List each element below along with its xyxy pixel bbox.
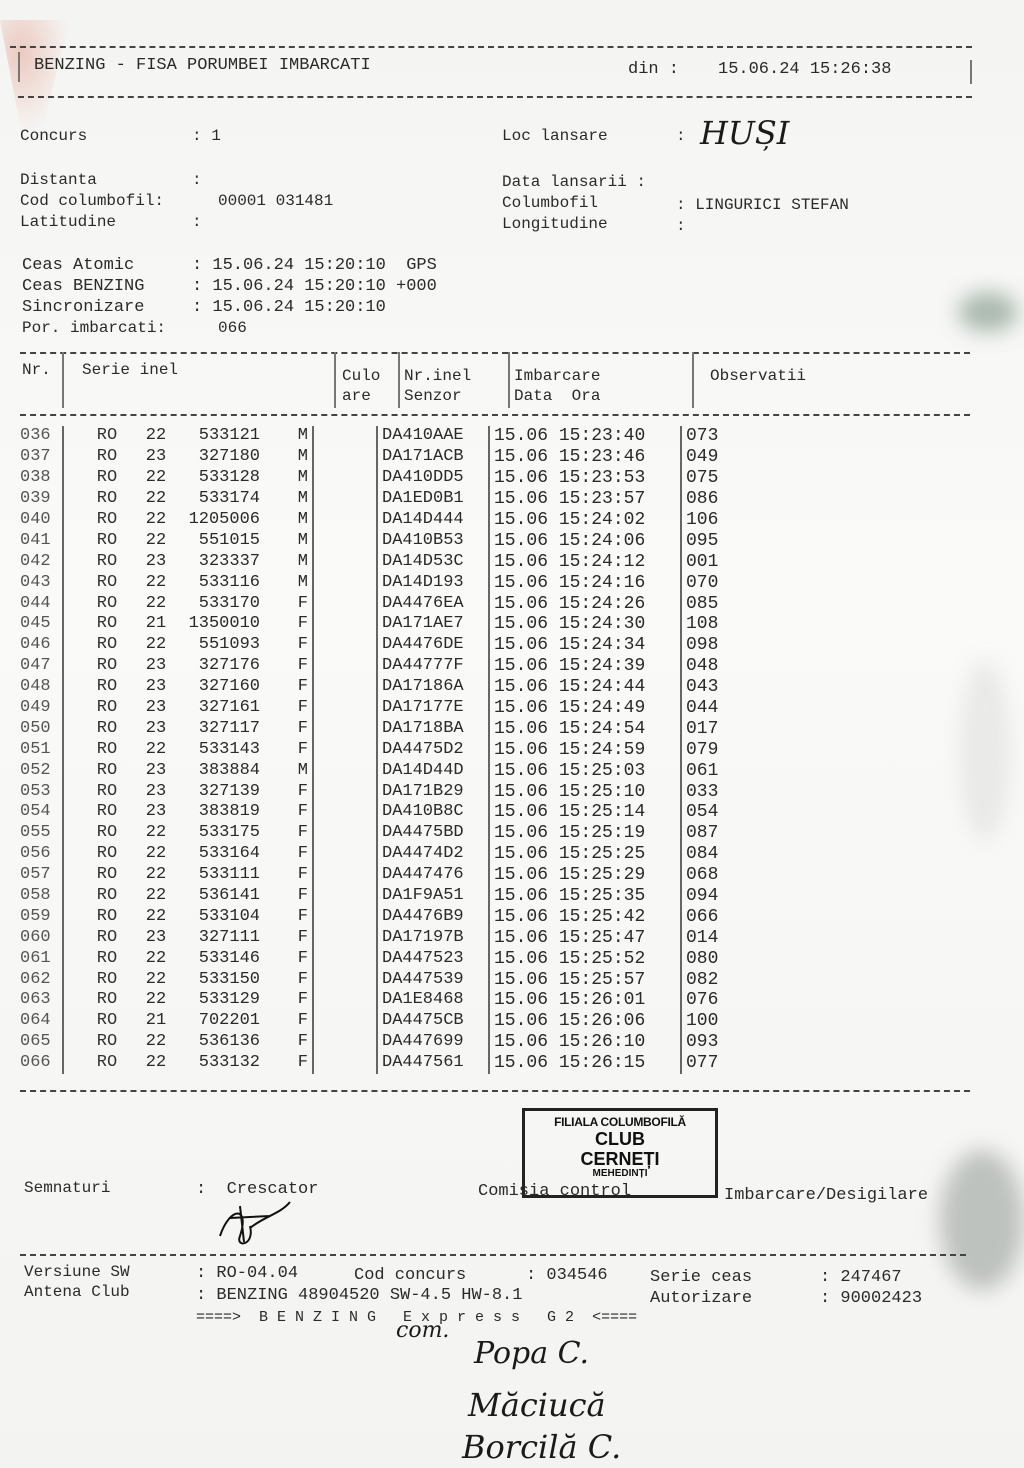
- divider: [18, 52, 20, 82]
- row-country: RO: [63, 844, 138, 865]
- col-header-culoare: Culo: [342, 366, 380, 386]
- row-sex: F: [260, 948, 313, 969]
- table-row: 045RO211350010FDA171AE715.06 15:24:30108: [20, 614, 718, 635]
- row-nr: 047: [20, 656, 63, 677]
- table-row: 063RO22533129FDA1E846815.06 15:26:01076: [20, 990, 718, 1011]
- row-sensor: DA4475D2: [377, 739, 489, 760]
- row-year: 23: [138, 551, 174, 572]
- row-nr: 058: [20, 886, 63, 907]
- divider: [10, 46, 972, 48]
- row-country: RO: [63, 865, 138, 886]
- row-nr: 049: [20, 698, 63, 719]
- row-observatii: 100: [681, 1011, 718, 1032]
- row-country: RO: [63, 489, 138, 510]
- row-country: RO: [63, 1011, 138, 1032]
- row-sex: F: [260, 969, 313, 990]
- row-sensor: DA171ACB: [377, 447, 489, 468]
- row-sensor: DA171B29: [377, 781, 489, 802]
- row-time: 15:23:57: [559, 489, 645, 509]
- row-nr: 065: [20, 1032, 63, 1053]
- row-sensor: DA447476: [377, 865, 489, 886]
- row-country: RO: [63, 468, 138, 489]
- col-header-culoare-2: are: [342, 386, 371, 406]
- row-time: 15:24:30: [559, 614, 645, 634]
- row-time: 15:24:06: [559, 531, 645, 551]
- row-date: 15.06: [494, 552, 548, 572]
- row-ring-number: 533175: [174, 823, 260, 844]
- row-sensor: DA4476B9: [377, 906, 489, 927]
- row-datetime: 15.06 15:25:29: [489, 865, 681, 886]
- row-date: 15.06: [494, 468, 548, 488]
- row-date: 15.06: [494, 740, 548, 760]
- row-nr: 066: [20, 1053, 63, 1074]
- por-imbarcati-value: 066: [218, 318, 247, 338]
- row-time: 15:26:15: [559, 1053, 645, 1073]
- row-ring-number: 327161: [174, 698, 260, 719]
- row-observatii: 043: [681, 677, 718, 698]
- row-nr: 055: [20, 823, 63, 844]
- row-color: [313, 551, 377, 572]
- row-country: RO: [63, 948, 138, 969]
- row-date: 15.06: [494, 489, 548, 509]
- row-date: 15.06: [494, 928, 548, 948]
- row-year: 22: [138, 635, 174, 656]
- row-color: [313, 1032, 377, 1053]
- row-sex: F: [260, 906, 313, 927]
- row-country: RO: [63, 656, 138, 677]
- row-year: 23: [138, 677, 174, 698]
- row-observatii: 077: [681, 1053, 718, 1074]
- row-date: 15.06: [494, 949, 548, 969]
- row-ring-number: 533174: [174, 489, 260, 510]
- row-datetime: 15.06 15:23:53: [489, 468, 681, 489]
- row-sex: F: [260, 990, 313, 1011]
- row-year: 22: [138, 1053, 174, 1074]
- col-header-imbarcare: Imbarcare: [514, 366, 600, 386]
- row-observatii: 054: [681, 802, 718, 823]
- row-country: RO: [63, 677, 138, 698]
- row-ring-number: 533150: [174, 969, 260, 990]
- row-datetime: 15.06 15:25:10: [489, 781, 681, 802]
- row-observatii: 049: [681, 447, 718, 468]
- row-nr: 052: [20, 760, 63, 781]
- stamp-line-1: FILIALA COLUMBOFILĂ: [525, 1115, 715, 1129]
- row-year: 22: [138, 948, 174, 969]
- row-country: RO: [63, 447, 138, 468]
- row-year: 21: [138, 1011, 174, 1032]
- row-ring-number: 533129: [174, 990, 260, 1011]
- row-time: 15:25:14: [559, 802, 645, 822]
- row-date: 15.06: [494, 886, 548, 906]
- row-nr: 039: [20, 489, 63, 510]
- row-sensor: DA4475CB: [377, 1011, 489, 1032]
- row-sex: F: [260, 739, 313, 760]
- row-country: RO: [63, 614, 138, 635]
- col-divider: [334, 352, 336, 408]
- row-datetime: 15.06 15:26:15: [489, 1053, 681, 1074]
- row-datetime: 15.06 15:24:39: [489, 656, 681, 677]
- row-country: RO: [63, 530, 138, 551]
- row-ring-number: 536136: [174, 1032, 260, 1053]
- table-row: 053RO23327139FDA171B2915.06 15:25:10033: [20, 781, 718, 802]
- row-nr: 038: [20, 468, 63, 489]
- latitudine-label: Latitudine: [20, 212, 116, 232]
- row-sensor: DA447561: [377, 1053, 489, 1074]
- row-observatii: 066: [681, 906, 718, 927]
- row-color: [313, 489, 377, 510]
- row-observatii: 095: [681, 530, 718, 551]
- row-date: 15.06: [494, 761, 548, 781]
- row-time: 15:24:26: [559, 594, 645, 614]
- table-row: 049RO23327161FDA17177E15.06 15:24:49044: [20, 698, 718, 719]
- row-sensor: DA4476EA: [377, 593, 489, 614]
- row-sex: F: [260, 823, 313, 844]
- row-ring-number: 533143: [174, 739, 260, 760]
- row-country: RO: [63, 1053, 138, 1074]
- row-sex: F: [260, 593, 313, 614]
- row-color: [313, 802, 377, 823]
- data-lansarii-label: Data lansarii :: [502, 172, 646, 192]
- row-country: RO: [63, 510, 138, 531]
- row-sensor: DA410AAE: [377, 426, 489, 447]
- row-observatii: 068: [681, 865, 718, 886]
- handwritten-name-2: Măciucă: [468, 1386, 606, 1424]
- row-nr: 056: [20, 844, 63, 865]
- row-datetime: 15.06 15:25:35: [489, 886, 681, 907]
- row-observatii: 017: [681, 718, 718, 739]
- row-time: 15:24:59: [559, 740, 645, 760]
- row-color: [313, 739, 377, 760]
- col-header-nr: Nr.: [22, 360, 51, 380]
- row-country: RO: [63, 990, 138, 1011]
- table-row: 039RO22533174MDA1ED0B115.06 15:23:57086: [20, 489, 718, 510]
- row-nr: 060: [20, 927, 63, 948]
- row-country: RO: [63, 698, 138, 719]
- row-country: RO: [63, 906, 138, 927]
- row-observatii: 094: [681, 886, 718, 907]
- table-row: 060RO23327111FDA17197B15.06 15:25:47014: [20, 927, 718, 948]
- row-date: 15.06: [494, 907, 548, 927]
- row-date: 15.06: [494, 990, 548, 1010]
- table-row: 061RO22533146FDA44752315.06 15:25:52080: [20, 948, 718, 969]
- row-color: [313, 969, 377, 990]
- row-country: RO: [63, 927, 138, 948]
- row-sex: M: [260, 510, 313, 531]
- row-color: [313, 468, 377, 489]
- handwritten-name-3: Borcilă C.: [462, 1428, 621, 1466]
- row-ring-number: 533164: [174, 844, 260, 865]
- row-nr: 048: [20, 677, 63, 698]
- row-sex: M: [260, 551, 313, 572]
- row-observatii: 048: [681, 656, 718, 677]
- row-year: 22: [138, 865, 174, 886]
- row-sensor: DA1F9A51: [377, 886, 489, 907]
- row-date: 15.06: [494, 426, 548, 446]
- row-observatii: 082: [681, 969, 718, 990]
- row-time: 15:25:19: [559, 823, 645, 843]
- row-date: 15.06: [494, 970, 548, 990]
- row-country: RO: [63, 593, 138, 614]
- row-observatii: 075: [681, 468, 718, 489]
- table-row: 046RO22551093FDA4476DE15.06 15:24:34098: [20, 635, 718, 656]
- row-datetime: 15.06 15:25:52: [489, 948, 681, 969]
- row-year: 23: [138, 781, 174, 802]
- row-nr: 050: [20, 718, 63, 739]
- row-time: 15:25:42: [559, 907, 645, 927]
- breeder-signature-icon: [210, 1196, 300, 1252]
- row-sensor: DA410DD5: [377, 468, 489, 489]
- autorizare-value: : 90002423: [820, 1289, 922, 1309]
- row-datetime: 15.06 15:23:46: [489, 447, 681, 468]
- row-color: [313, 865, 377, 886]
- footer-rule: [20, 1254, 966, 1256]
- row-ring-number: 533116: [174, 572, 260, 593]
- row-observatii: 093: [681, 1032, 718, 1053]
- row-date: 15.06: [494, 677, 548, 697]
- autorizare-label: Autorizare: [650, 1289, 752, 1309]
- row-sex: M: [260, 760, 313, 781]
- row-sex: F: [260, 656, 313, 677]
- row-ring-number: 533104: [174, 906, 260, 927]
- row-year: 22: [138, 969, 174, 990]
- row-observatii: 086: [681, 489, 718, 510]
- row-date: 15.06: [494, 782, 548, 802]
- row-country: RO: [63, 426, 138, 447]
- row-country: RO: [63, 1032, 138, 1053]
- row-observatii: 079: [681, 739, 718, 760]
- table-row: 062RO22533150FDA44753915.06 15:25:57082: [20, 969, 718, 990]
- row-time: 15:25:35: [559, 886, 645, 906]
- row-sensor: DA14D44D: [377, 760, 489, 781]
- ceas-atomic-label: Ceas Atomic: [22, 256, 134, 276]
- row-datetime: 15.06 15:23:57: [489, 489, 681, 510]
- row-year: 23: [138, 447, 174, 468]
- row-year: 22: [138, 990, 174, 1011]
- page-title: BENZING - FISA PORUMBEI IMBARCATI: [34, 56, 371, 76]
- row-time: 15:24:12: [559, 552, 645, 572]
- table-row: 044RO22533170FDA4476EA15.06 15:24:26085: [20, 593, 718, 614]
- row-time: 15:23:40: [559, 426, 645, 446]
- antena-club-value: : BENZING 48904520 SW-4.5 HW-8.1: [196, 1286, 522, 1306]
- row-year: 23: [138, 802, 174, 823]
- row-time: 15:24:54: [559, 719, 645, 739]
- row-sensor: DA17186A: [377, 677, 489, 698]
- cod-concurs-value: : 034546: [526, 1266, 608, 1286]
- row-sensor: DA4474D2: [377, 844, 489, 865]
- print-date-label: din :: [628, 60, 679, 80]
- columbofil-label: Columbofil: [502, 193, 598, 213]
- row-time: 15:25:47: [559, 928, 645, 948]
- row-sex: F: [260, 677, 313, 698]
- row-sensor: DA4476DE: [377, 635, 489, 656]
- row-year: 22: [138, 510, 174, 531]
- col-header-serie-inel: Serie inel: [82, 360, 178, 380]
- row-year: 22: [138, 739, 174, 760]
- row-observatii: 085: [681, 593, 718, 614]
- row-observatii: 033: [681, 781, 718, 802]
- row-year: 22: [138, 906, 174, 927]
- row-time: 15:26:10: [559, 1032, 645, 1052]
- cod-columbofil-label: Cod columbofil:: [20, 191, 164, 211]
- row-sensor: DA447523: [377, 948, 489, 969]
- row-ring-number: 327160: [174, 677, 260, 698]
- ink-smudge: [958, 292, 1018, 332]
- cod-columbofil-value: 00001 031481: [218, 191, 333, 211]
- row-sensor: DA17177E: [377, 698, 489, 719]
- row-sex: F: [260, 1011, 313, 1032]
- row-year: 22: [138, 530, 174, 551]
- row-country: RO: [63, 802, 138, 823]
- row-datetime: 15.06 15:25:42: [489, 906, 681, 927]
- serie-ceas-value: : 247467: [820, 1268, 902, 1288]
- row-nr: 042: [20, 551, 63, 572]
- row-country: RO: [63, 760, 138, 781]
- row-year: 22: [138, 844, 174, 865]
- row-color: [313, 948, 377, 969]
- row-time: 15:23:53: [559, 468, 645, 488]
- row-nr: 044: [20, 593, 63, 614]
- row-nr: 045: [20, 614, 63, 635]
- stamp-line-2: CLUB: [525, 1129, 715, 1149]
- row-country: RO: [63, 718, 138, 739]
- row-sex: F: [260, 802, 313, 823]
- row-sensor: DA14D444: [377, 510, 489, 531]
- table-row: 040RO221205006MDA14D44415.06 15:24:02106: [20, 510, 718, 531]
- row-color: [313, 677, 377, 698]
- row-nr: 051: [20, 739, 63, 760]
- row-sex: M: [260, 468, 313, 489]
- row-observatii: 106: [681, 510, 718, 531]
- row-color: [313, 572, 377, 593]
- row-ring-number: 533111: [174, 865, 260, 886]
- row-sensor: DA14D193: [377, 572, 489, 593]
- row-datetime: 15.06 15:24:49: [489, 698, 681, 719]
- row-sensor: DA17197B: [377, 927, 489, 948]
- table-row: 041RO22551015MDA410B5315.06 15:24:06095: [20, 530, 718, 551]
- row-year: 21: [138, 614, 174, 635]
- row-color: [313, 426, 377, 447]
- row-observatii: 073: [681, 426, 718, 447]
- row-date: 15.06: [494, 802, 548, 822]
- row-country: RO: [63, 739, 138, 760]
- row-datetime: 15.06 15:24:59: [489, 739, 681, 760]
- row-color: [313, 927, 377, 948]
- row-ring-number: 536141: [174, 886, 260, 907]
- row-datetime: 15.06 15:26:06: [489, 1011, 681, 1032]
- row-ring-number: 327176: [174, 656, 260, 677]
- row-sex: M: [260, 447, 313, 468]
- col-header-senzor: Senzor: [404, 386, 462, 406]
- concurs-value: : 1: [192, 126, 221, 146]
- row-observatii: 080: [681, 948, 718, 969]
- row-ring-number: 551015: [174, 530, 260, 551]
- row-sensor: DA410B8C: [377, 802, 489, 823]
- row-nr: 062: [20, 969, 63, 990]
- row-datetime: 15.06 15:24:44: [489, 677, 681, 698]
- row-sex: F: [260, 865, 313, 886]
- row-ring-number: 533170: [174, 593, 260, 614]
- row-sensor: DA171AE7: [377, 614, 489, 635]
- row-date: 15.06: [494, 614, 548, 634]
- distanta-label: Distanta: [20, 170, 97, 190]
- table-row: 055RO22533175FDA4475BD15.06 15:25:19087: [20, 823, 718, 844]
- table-row: 047RO23327176FDA44777F15.06 15:24:39048: [20, 656, 718, 677]
- sincronizare-label: Sincronizare: [22, 298, 144, 318]
- table-row: 052RO23383884MDA14D44D15.06 15:25:03061: [20, 760, 718, 781]
- row-ring-number: 533146: [174, 948, 260, 969]
- row-date: 15.06: [494, 656, 548, 676]
- col-divider: [692, 352, 694, 408]
- row-color: [313, 614, 377, 635]
- row-sensor: DA447539: [377, 969, 489, 990]
- row-sex: F: [260, 1053, 313, 1074]
- longitudine-label: Longitudine: [502, 214, 608, 234]
- row-color: [313, 718, 377, 739]
- row-year: 22: [138, 572, 174, 593]
- row-observatii: 044: [681, 698, 718, 719]
- row-nr: 061: [20, 948, 63, 969]
- row-ring-number: 1350010: [174, 614, 260, 635]
- row-datetime: 15.06 15:26:01: [489, 990, 681, 1011]
- signature-comisia: Comisia control: [478, 1182, 631, 1202]
- signatures-label: Semnaturi: [24, 1178, 110, 1198]
- row-time: 15:24:44: [559, 677, 645, 697]
- row-time: 15:24:49: [559, 698, 645, 718]
- row-time: 15:24:34: [559, 635, 645, 655]
- row-datetime: 15.06 15:24:54: [489, 718, 681, 739]
- row-datetime: 15.06 15:26:10: [489, 1032, 681, 1053]
- row-ring-number: 383884: [174, 760, 260, 781]
- row-datetime: 15.06 15:24:12: [489, 551, 681, 572]
- row-ring-number: 327180: [174, 447, 260, 468]
- col-divider: [398, 352, 400, 408]
- cod-concurs-label: Cod concurs: [354, 1266, 466, 1286]
- row-year: 22: [138, 1032, 174, 1053]
- handwritten-com: com.: [396, 1318, 449, 1343]
- table-header-rule: [20, 414, 970, 416]
- row-sensor: DA447699: [377, 1032, 489, 1053]
- row-date: 15.06: [494, 1032, 548, 1052]
- row-year: 22: [138, 823, 174, 844]
- row-datetime: 15.06 15:25:03: [489, 760, 681, 781]
- table-row: 066RO22533132FDA44756115.06 15:26:15077: [20, 1053, 718, 1074]
- row-date: 15.06: [494, 719, 548, 739]
- row-time: 15:25:52: [559, 949, 645, 969]
- row-observatii: 084: [681, 844, 718, 865]
- table-row: 065RO22536136FDA44769915.06 15:26:10093: [20, 1032, 718, 1053]
- row-ring-number: 533128: [174, 468, 260, 489]
- concurs-label: Concurs: [20, 126, 87, 146]
- print-date-value: 15.06.24 15:26:38: [718, 60, 891, 80]
- row-observatii: 001: [681, 551, 718, 572]
- row-observatii: 098: [681, 635, 718, 656]
- row-time: 15:25:10: [559, 782, 645, 802]
- table-row: 058RO22536141FDA1F9A5115.06 15:25:35094: [20, 886, 718, 907]
- row-sex: F: [260, 781, 313, 802]
- row-color: [313, 656, 377, 677]
- row-datetime: 15.06 15:25:14: [489, 802, 681, 823]
- row-date: 15.06: [494, 510, 548, 530]
- row-year: 22: [138, 468, 174, 489]
- row-color: [313, 1011, 377, 1032]
- row-sensor: DA1E8468: [377, 990, 489, 1011]
- row-year: 22: [138, 593, 174, 614]
- loc-lansare-label: Loc lansare: [502, 126, 608, 146]
- por-imbarcati-label: Por. imbarcati:: [22, 318, 166, 338]
- antena-club-label: Antena Club: [24, 1282, 130, 1302]
- row-ring-number: 551093: [174, 635, 260, 656]
- row-nr: 041: [20, 530, 63, 551]
